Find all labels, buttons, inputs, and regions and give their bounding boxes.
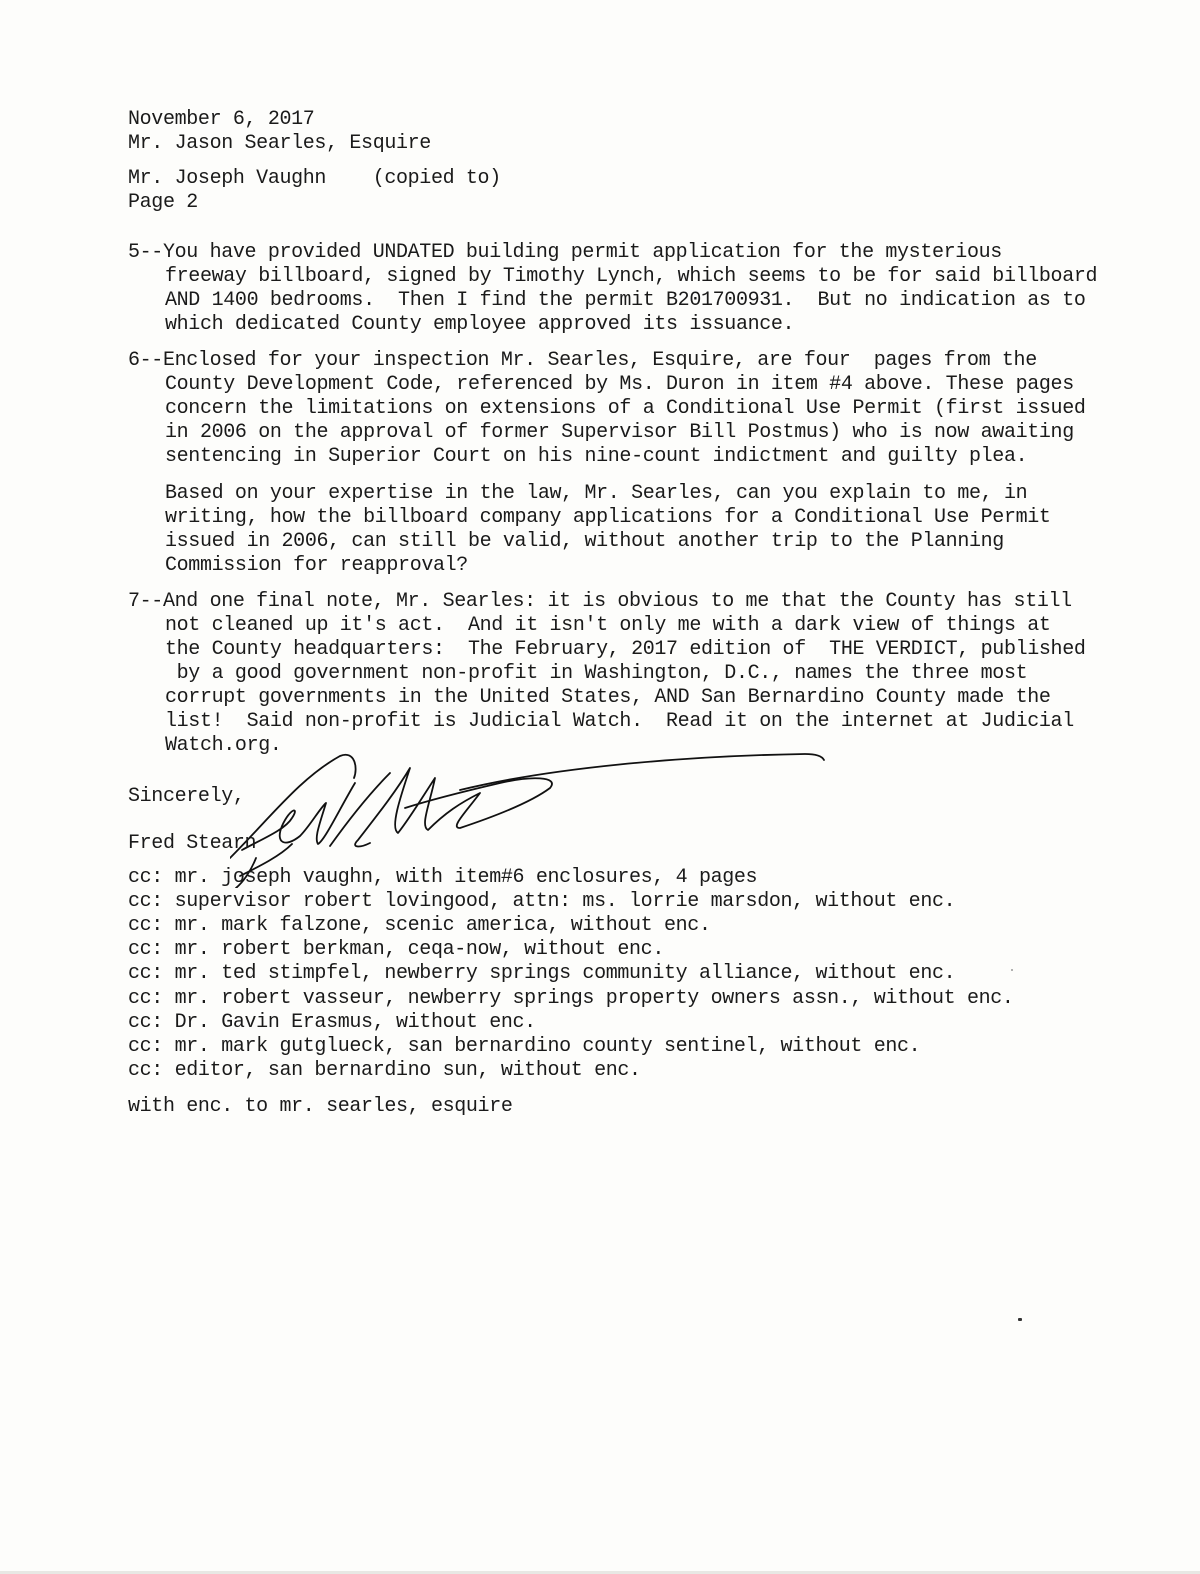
cc-entry: cc: mr. mark falzone, scenic america, wi…: [128, 914, 711, 938]
cc-entry: cc: editor, san bernardino sun, without …: [128, 1059, 641, 1083]
enclosure-note: with enc. to mr. searles, esquire: [128, 1095, 513, 1119]
item-line: AND 1400 bedrooms. Then I find the permi…: [165, 289, 1086, 313]
cc-entry: cc: mr. robert vasseur, newberry springs…: [128, 987, 1014, 1011]
item-line: 5--You have provided UNDATED building pe…: [128, 241, 1002, 265]
cc-entry: cc: mr. mark gutglueck, san bernardino c…: [128, 1035, 920, 1059]
followup-line: writing, how the billboard company appli…: [165, 506, 1051, 530]
closing-salutation: Sincerely,: [128, 785, 245, 809]
item-line: in 2006 on the approval of former Superv…: [165, 421, 1074, 445]
cc-entry: cc: supervisor robert lovingood, attn: m…: [128, 890, 955, 914]
followup-line: Based on your expertise in the law, Mr. …: [165, 482, 1027, 506]
cc-entry: cc: mr. robert berkman, ceqa-now, withou…: [128, 938, 664, 962]
signer-name: Fred Stearn: [128, 832, 256, 856]
item-line: 7--And one final note, Mr. Searles: it i…: [128, 590, 1072, 614]
cc-entry: cc: Dr. Gavin Erasmus, without enc.: [128, 1011, 536, 1035]
item-line: 6--Enclosed for your inspection Mr. Sear…: [128, 349, 1037, 373]
item-line: not cleaned up it's act. And it isn't on…: [165, 614, 1051, 638]
item-line: sentencing in Superior Court on his nine…: [165, 445, 1027, 469]
recipient-name: Mr. Jason Searles, Esquire: [128, 132, 431, 156]
item-line: the County headquarters: The February, 2…: [165, 638, 1086, 662]
letter-page: November 6, 2017 Mr. Jason Searles, Esqu…: [0, 0, 1200, 1574]
followup-line: issued in 2006, can still be valid, with…: [165, 530, 1004, 554]
item-line: freeway billboard, signed by Timothy Lyn…: [165, 265, 1097, 289]
followup-line: Commission for reapproval?: [165, 554, 468, 578]
item-line: County Development Code, referenced by M…: [165, 373, 1074, 397]
item-line: concern the limitations on extensions of…: [165, 397, 1086, 421]
copied-to-line: Mr. Joseph Vaughn (copied to): [128, 167, 501, 191]
paper-speck: [1018, 1318, 1022, 1321]
page-number: Page 2: [128, 191, 198, 215]
letter-date: November 6, 2017: [128, 108, 314, 132]
paper-speck: [1011, 969, 1013, 971]
item-line: by a good government non-profit in Washi…: [165, 662, 1027, 686]
cc-entry: cc: mr. joseph vaughn, with item#6 enclo…: [128, 866, 757, 890]
item-line: which dedicated County employee approved…: [165, 313, 794, 337]
item-line: corrupt governments in the United States…: [165, 686, 1051, 710]
cc-entry: cc: mr. ted stimpfel, newberry springs c…: [128, 962, 955, 986]
item-line: list! Said non-profit is Judicial Watch.…: [165, 710, 1074, 734]
